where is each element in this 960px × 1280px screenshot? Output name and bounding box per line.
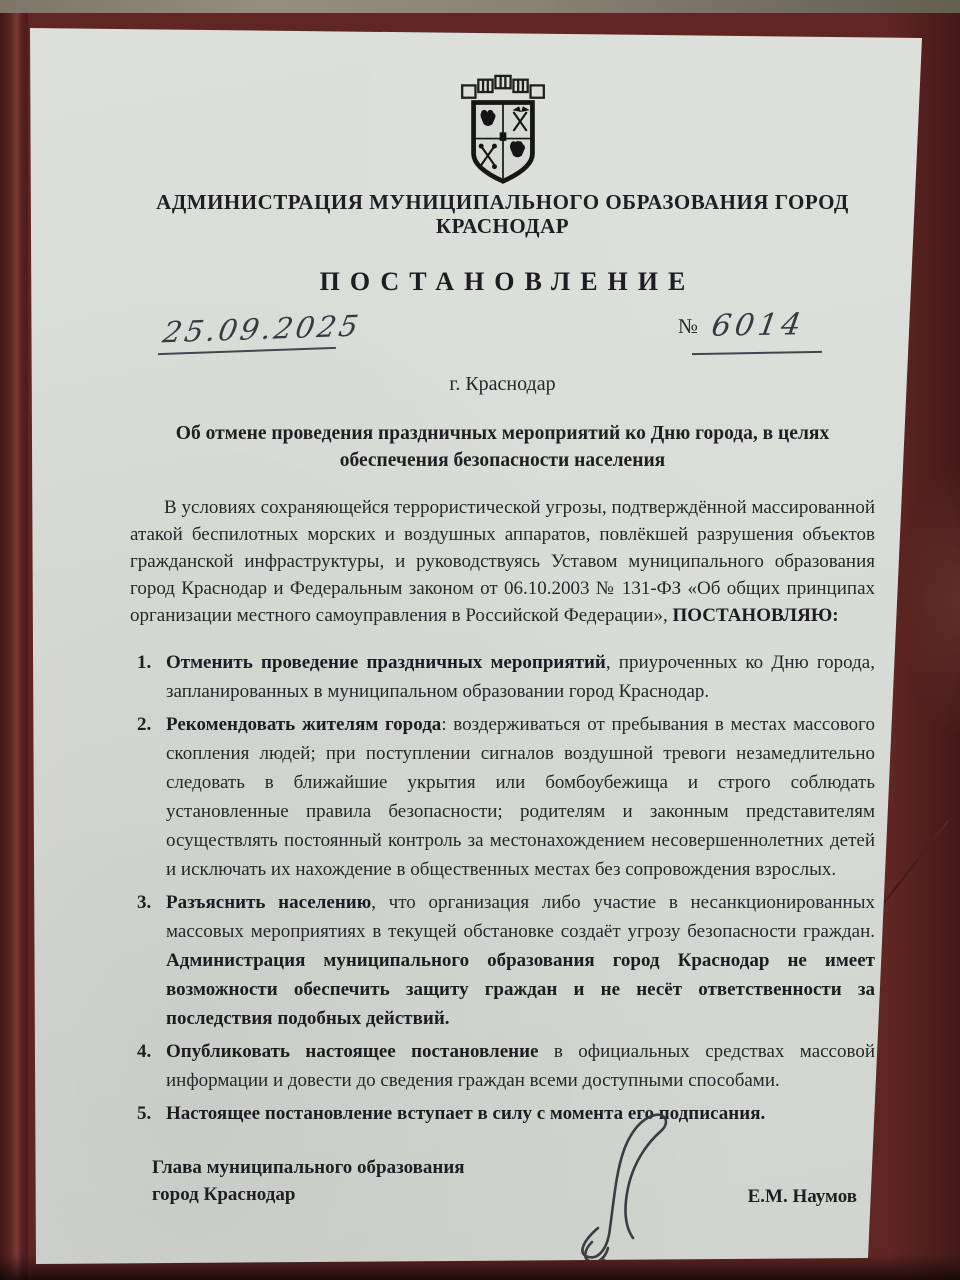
folder-cover-highlight <box>902 460 960 740</box>
resolution-word: ПОСТАНОВЛЯЮ: <box>672 605 838 626</box>
item-lead: Разъяснить населению <box>166 892 371 913</box>
org-name-line-2: КРАСНОДАР <box>130 214 875 238</box>
item-number: 1. <box>130 648 166 706</box>
item-number: 5. <box>130 1099 166 1128</box>
item-rest: : воздерживаться от пребывания в местах … <box>166 714 875 880</box>
document-content: АДМИНИСТРАЦИЯ МУНИЦИПАЛЬНОГО ОБРАЗОВАНИЯ… <box>130 28 875 1208</box>
photo-canvas: АДМИНИСТРАЦИЯ МУНИЦИПАЛЬНОГО ОБРАЗОВАНИЯ… <box>0 0 960 1280</box>
list-item-4: 4. Опубликовать настоящее постановление … <box>130 1037 875 1095</box>
number-underline <box>692 351 822 355</box>
item-lead: Опубликовать настоящее постановление <box>166 1041 538 1062</box>
handwritten-date: 25.09.2025 <box>160 309 363 350</box>
doc-title-line-1: Об отмене проведения праздничных меропри… <box>130 420 875 447</box>
list-item-5: 5. Настоящее постановление вступает в си… <box>130 1099 875 1128</box>
signer-name: Е.М. Наумов <box>748 1186 857 1208</box>
item-text: Рекомендовать жителям города: воздержива… <box>166 710 875 884</box>
signer-title: Глава муниципального образования город К… <box>152 1154 465 1208</box>
number-sign-label: № <box>678 314 698 338</box>
number-group: № 6014 <box>678 314 698 339</box>
list-item-2: 2. Рекомендовать жителям города: воздерж… <box>130 710 875 884</box>
list-item-1: 1. Отменить проведение праздничных мероп… <box>130 648 875 706</box>
item-number: 2. <box>130 710 166 884</box>
signer-title-line-1: Глава муниципального образования <box>152 1154 465 1181</box>
item-lead: Отменить проведение праздничных мероприя… <box>166 652 606 673</box>
signature-flourish-icon <box>558 1100 708 1275</box>
item-number: 4. <box>130 1037 166 1095</box>
coat-of-arms-icon <box>455 74 551 186</box>
org-name-line-1: АДМИНИСТРАЦИЯ МУНИЦИПАЛЬНОГО ОБРАЗОВАНИЯ… <box>130 190 875 214</box>
doc-title: Об отмене проведения праздничных меропри… <box>130 420 875 474</box>
date-number-row: 25.09.2025 № 6014 <box>130 312 875 362</box>
item-bold-tail: Администрация муниципального образования… <box>166 950 875 1029</box>
handwritten-number: 6014 <box>709 307 807 344</box>
item-lead: Рекомендовать жителям города <box>166 714 441 735</box>
place-line: г. Краснодар <box>130 372 875 396</box>
document-page: АДМИНИСТРАЦИЯ МУНИЦИПАЛЬНОГО ОБРАЗОВАНИЯ… <box>30 28 922 1264</box>
item-text: Настоящее постановление вступает в силу … <box>166 1099 875 1128</box>
folder-spine <box>0 13 28 1280</box>
doc-type-heading: ПОСТАНОВЛЕНИЕ <box>130 268 875 296</box>
item-text: Опубликовать настоящее постановление в о… <box>166 1037 875 1095</box>
list-item-3: 3. Разъяснить населению, что организация… <box>130 888 875 1033</box>
item-text: Разъяснить населению, что организация ли… <box>166 888 875 1033</box>
signature-block: Глава муниципального образования город К… <box>130 1154 875 1208</box>
table-edge <box>0 0 960 13</box>
signer-title-line-2: город Краснодар <box>152 1181 465 1208</box>
item-text: Отменить проведение праздничных мероприя… <box>166 648 875 706</box>
doc-title-line-2: обеспечения безопасности населения <box>130 447 875 474</box>
preamble-paragraph: В условиях сохраняющейся террористическо… <box>130 494 875 629</box>
item-number: 3. <box>130 888 166 1033</box>
decree-list: 1. Отменить проведение праздничных мероп… <box>130 648 875 1128</box>
